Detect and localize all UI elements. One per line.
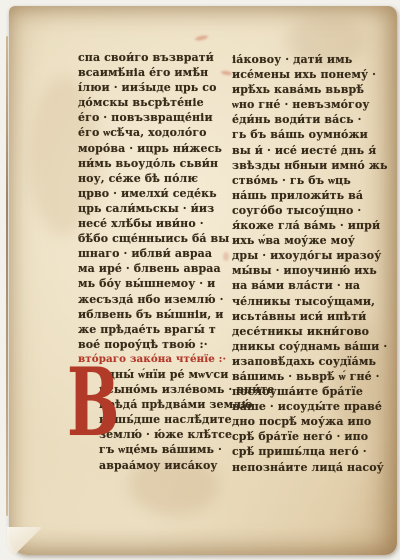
text-line: непозна́ите лица́ насоу́: [232, 460, 382, 475]
text-line: до́мскы вьсрѣте́ніе: [78, 95, 232, 110]
text-line: ма ире́ · блвень авраа: [78, 261, 232, 276]
photo-frame: спа свои́го възврати́всаимѣ́ніа е́го имѣ…: [0, 0, 400, 560]
text-line: ва́ше · исоуды́те праве́: [232, 399, 382, 414]
text-line: ва́шимь · вьврѣ́ ѡ́ гне́ ·: [232, 369, 382, 384]
right-text-lines: іа́ковоу · дати́ имьисе́мены ихь понему́…: [232, 52, 382, 475]
text-line: і́люи · ииз́ыде црь со: [78, 80, 232, 95]
text-line: десе́тникы икни́гово: [232, 324, 382, 339]
text-line: ство́мь · гь бъ ѡць: [232, 173, 382, 188]
text-line: всаимѣ́ніа е́го имѣ́н: [78, 65, 232, 80]
text-line: послоуша́ите бра́тїе: [232, 384, 382, 399]
text-line: я́коже гла́ ва́мь · ипри́: [232, 218, 382, 233]
text-line: іа́ковоу · дати́ имь: [232, 52, 382, 67]
text-line: жесъзда́ нбо иземлю́ ·: [78, 292, 232, 307]
faint-red-mark: [195, 35, 209, 42]
text-line: бѣ́бо сще́нныись ба́ вы: [78, 231, 232, 246]
text-line: ноу, се́же бѣ по́лѥ: [78, 171, 232, 186]
text-line: срѣ́ бра́тїе него́ · ипо: [232, 429, 382, 444]
text-line: ѡно гне́ · невъзмо́гоу: [232, 97, 382, 112]
text-line: шнаго · иблви́ авраа: [78, 246, 232, 261]
text-line: мы́вы · ипоучиню́ ихь: [232, 263, 382, 278]
text-line: на ва́ми вла́сти · на: [232, 278, 382, 293]
text-line: дно посрѣ́ моу́жа ипо: [232, 414, 382, 429]
text-line: несе́ хлѣ́бы иви́но ·: [78, 216, 232, 231]
text-line: авраа́моу ииса́коу: [99, 458, 232, 473]
text-line: исе́мены ихь понему́ ·: [232, 67, 382, 82]
manuscript-page: спа свои́го възврати́всаимѣ́ніа е́го имѣ…: [9, 6, 397, 555]
text-line: ни́мь вьоудо́ль сьви́н: [78, 156, 232, 171]
text-line: мь бо́у вы́шнемоу · и: [78, 276, 232, 291]
text-line: иблвень бъ вы́шніи, и: [78, 307, 232, 322]
text-line: дникы соу́днамь ва́ши ·: [232, 339, 382, 354]
text-line: че́лникы тысоу́щами,: [232, 294, 382, 309]
text-line: моро́ва · ицрь ни́жесь: [78, 141, 232, 156]
text-line: е́го ѡсѣ́ча, ходоло́го: [78, 125, 232, 140]
text-line: е́го · повъзвраще́ніи: [78, 110, 232, 125]
corner-fold: [7, 527, 41, 557]
faint-red-mark: [223, 252, 229, 261]
text-line: же прѣдае́ть врагы́ т: [78, 322, 232, 337]
text-line: соуго́бо тысоу́щно ·: [232, 203, 382, 218]
text-line: звѣзды нбныи имно́ жь: [232, 158, 382, 173]
text-line: ирѣ́хь кава́мь вьврѣ́: [232, 82, 382, 97]
text-line: изаповѣ́дахь соудїа́мь: [232, 354, 382, 369]
text-line: дры · ихоудо́гы иразоу́: [232, 248, 382, 263]
text-line: исьта́вны иси́ ипѣти́: [232, 309, 382, 324]
left-text-lines: спа свои́го възврати́всаимѣ́ніа е́го имѣ…: [78, 50, 232, 352]
text-line: црь сали́мьскы · и́из: [78, 201, 232, 216]
text-line: на́шь приложи́ть ва́: [232, 188, 382, 203]
text-line: црво · имелхи́ седе́кь: [78, 186, 232, 201]
drop-cap-initial: В: [67, 356, 119, 450]
right-text-column: іа́ковоу · дати́ имьисе́мены ихь понему́…: [232, 52, 382, 475]
text-line: ихь ѡ́ва моу́же моу́: [232, 233, 382, 248]
underleaf-edge: [6, 36, 8, 516]
text-line: срѣ́ пришь́лца него́ ·: [232, 444, 382, 459]
text-line: е́ди́нь води́ти ва́сь ·: [232, 112, 382, 127]
text-line: спа свои́го възврати́: [78, 50, 232, 65]
text-line: гь бъ ва́шь оумно́жи: [232, 127, 382, 142]
text-line: вы и́ · исе́ иесте́ днь я́: [232, 143, 382, 158]
